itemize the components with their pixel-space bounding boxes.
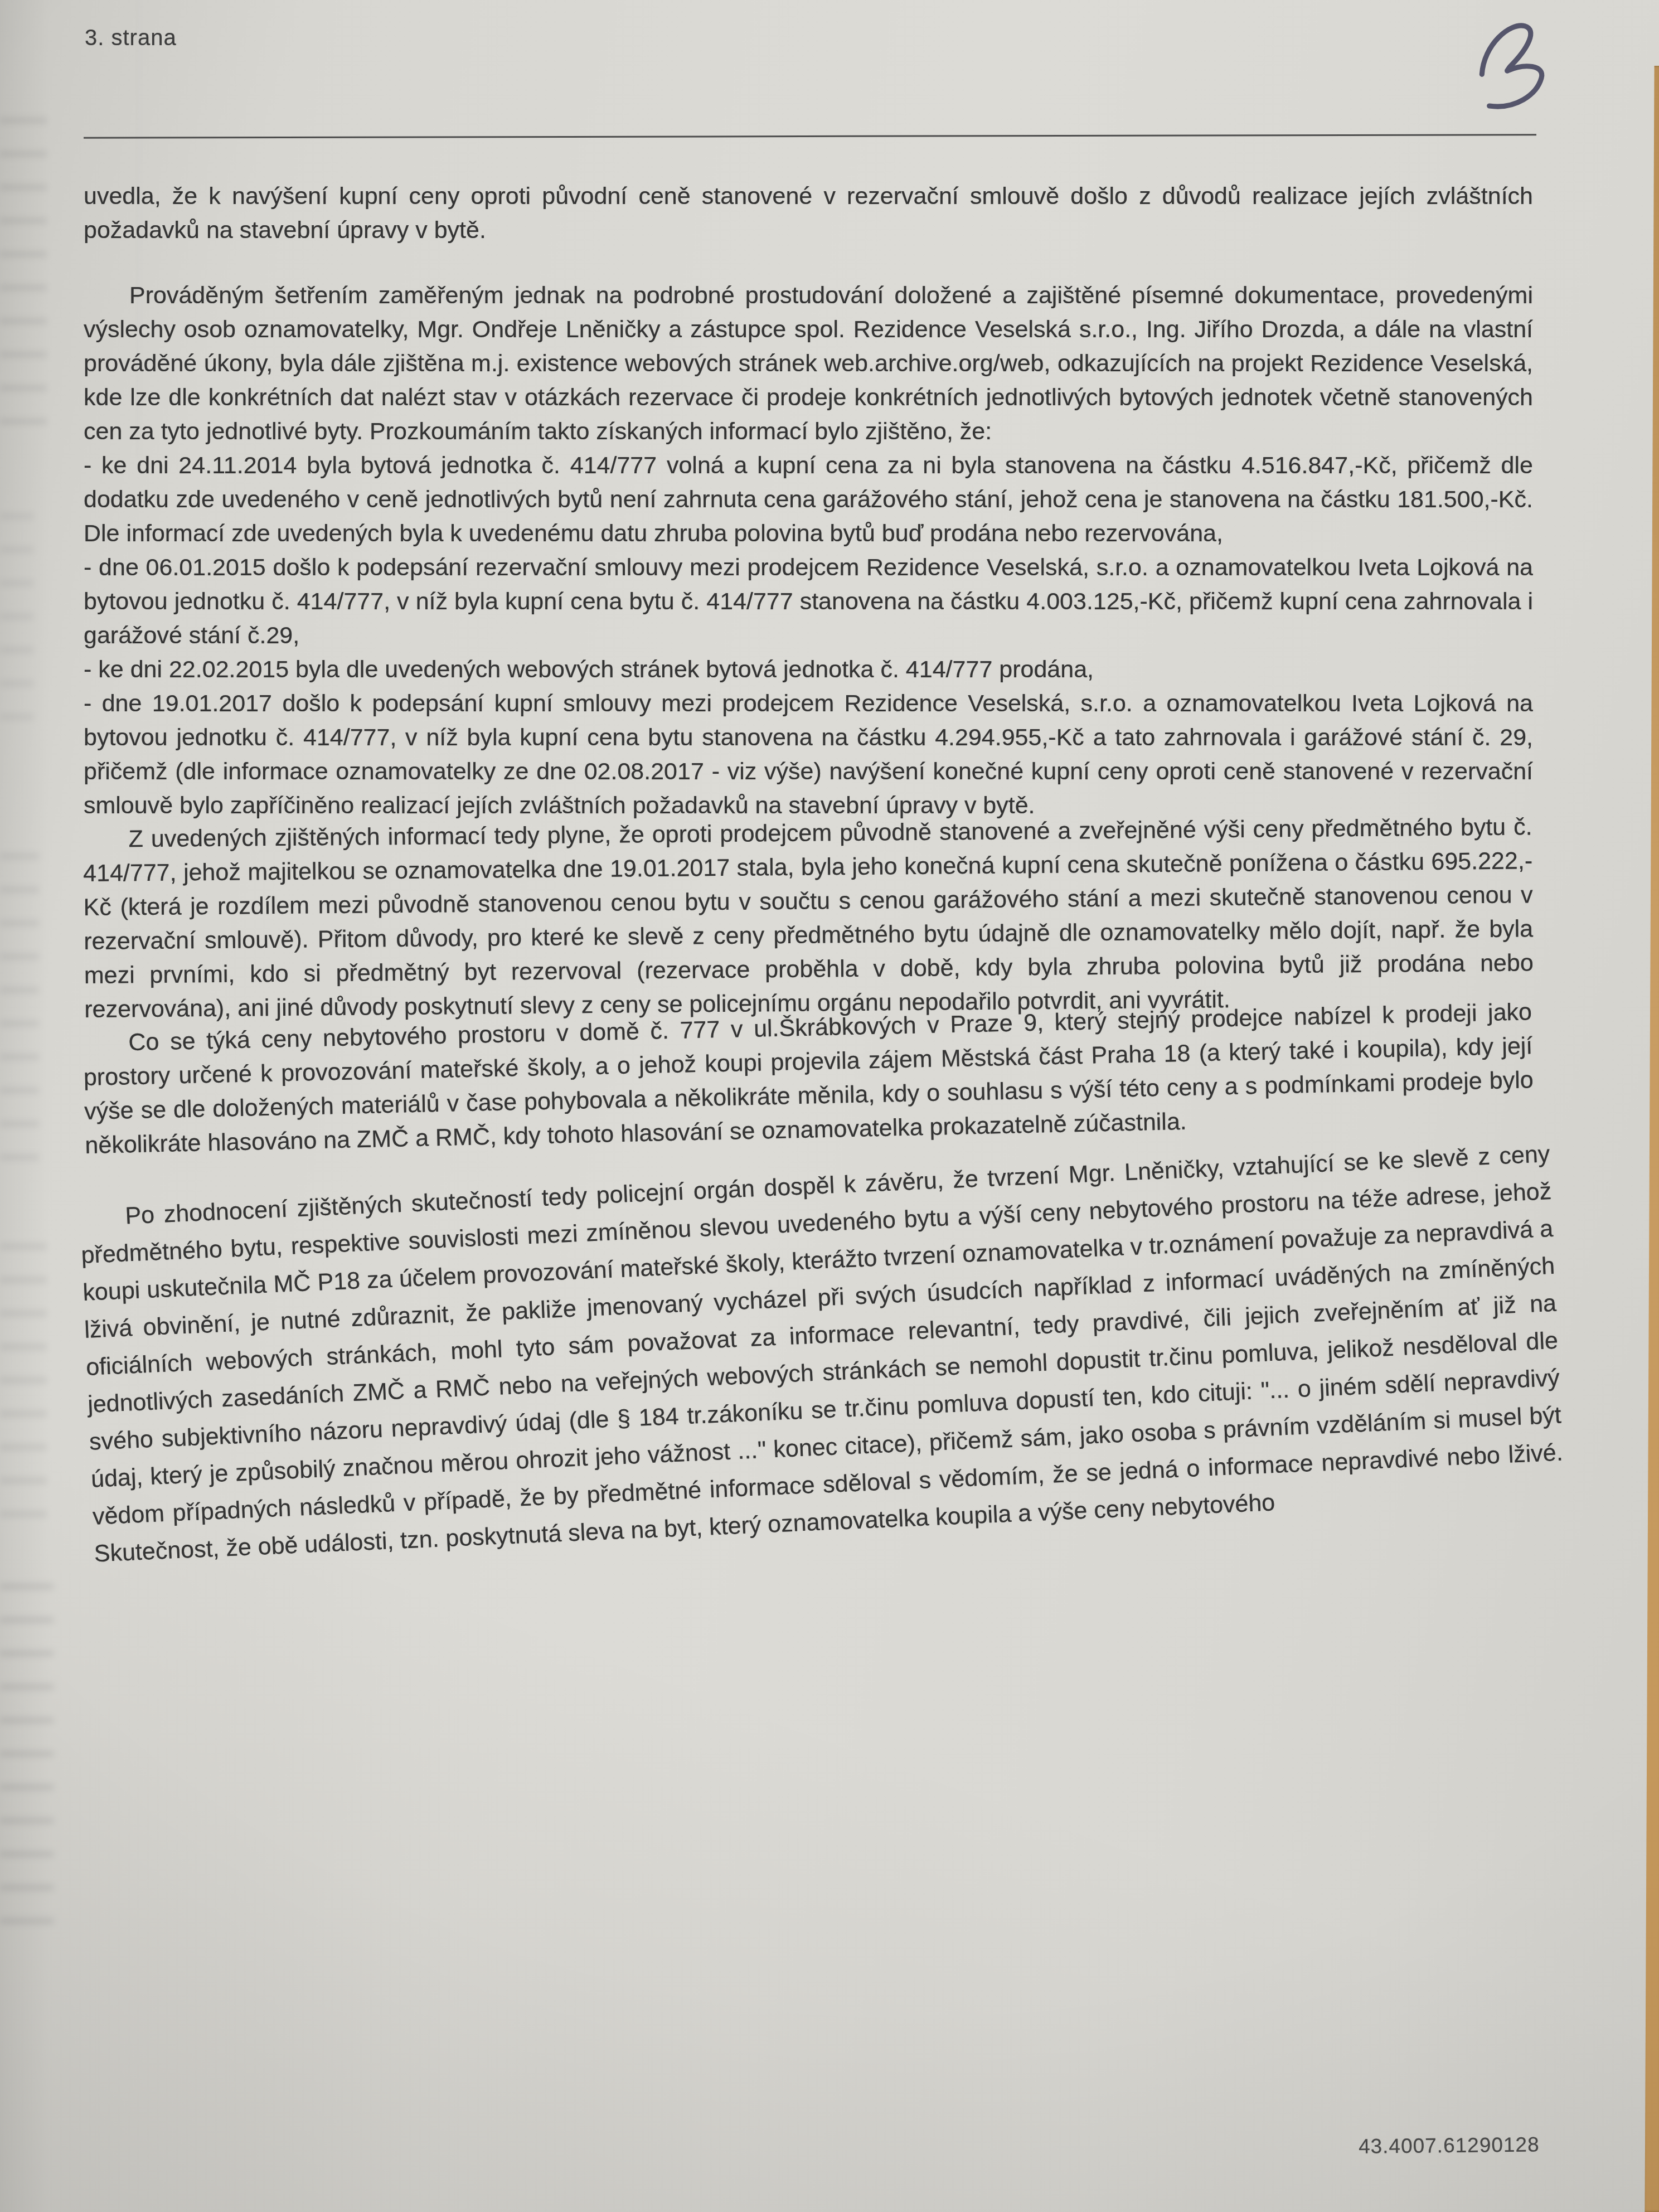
bleed-through-marks [0, 1583, 54, 1940]
scanned-document-page: 3. strana uvedla, že k navýšení kupní ce… [0, 0, 1659, 2212]
bleed-through-marks [0, 1243, 47, 1533]
paragraph-investigation: Prováděným šetřením zaměřeným jednak na … [84, 279, 1533, 449]
paragraph-intro: uvedla, že k navýšení kupní ceny oproti … [84, 180, 1533, 248]
finding-item: - dne 06.01.2015 došlo k podepsání rezer… [84, 551, 1533, 653]
finding-item: - dne 19.01.2017 došlo k podepsání kupní… [84, 687, 1533, 823]
finding-item: - ke dni 24.11.2014 byla bytová jednotka… [84, 449, 1533, 551]
header-rule [84, 134, 1536, 138]
page-number-label: 3. strana [85, 26, 177, 51]
paragraph-price-conclusion: Z uvedených zjištěných informací tedy pl… [83, 810, 1534, 1027]
footer-reference-number: 43.4007.61290128 [1359, 2133, 1540, 2158]
bleed-through-marks [0, 513, 33, 747]
document-body: uvedla, že k navýšení kupní ceny oproti … [84, 180, 1533, 1573]
finding-item: - ke dni 22.02.2015 byla dle uvedených w… [84, 653, 1533, 687]
bleed-through-marks [0, 853, 39, 1165]
bleed-through-marks [0, 117, 47, 429]
table-surface-edge [1642, 66, 1659, 2212]
paragraph-assessment: Po zhodnocení zjištěných skutečností ted… [79, 1136, 1565, 1573]
handwritten-page-number [1433, 17, 1605, 128]
